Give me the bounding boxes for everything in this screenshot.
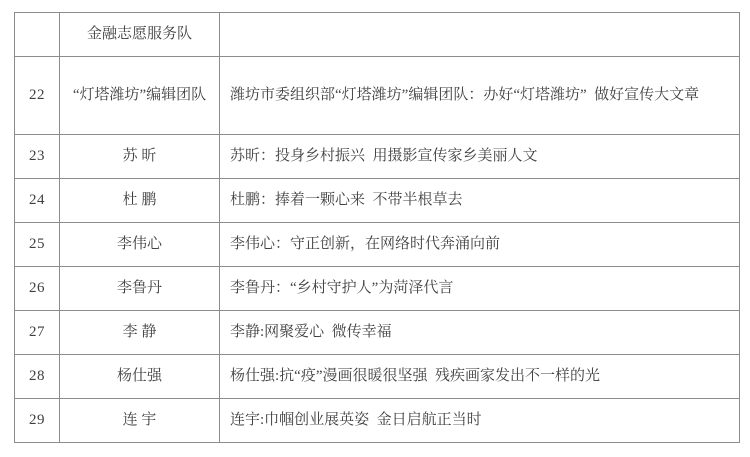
- citation-cell: 连宇:巾帼创业展英姿 金日启航正当时: [220, 399, 740, 443]
- row-number-cell: 24: [15, 179, 60, 223]
- name-cell: 李鲁丹: [60, 267, 220, 311]
- name-cell: 杜 鹏: [60, 179, 220, 223]
- name-cell: 李伟心: [60, 223, 220, 267]
- name-cell: 李 静: [60, 311, 220, 355]
- table-row: 23 苏 昕 苏昕：投身乡村振兴 用摄影宣传家乡美丽人文: [15, 135, 740, 179]
- citation-cell: 杨仕强:抗“疫”漫画很暖很坚强 残疾画家发出不一样的光: [220, 355, 740, 399]
- table-row: 29 连 宇 连宇:巾帼创业展英姿 金日启航正当时: [15, 399, 740, 443]
- row-number-cell: 25: [15, 223, 60, 267]
- name-cell: “灯塔潍坊”编辑团队: [60, 57, 220, 135]
- table-row: 26 李鲁丹 李鲁丹：“乡村守护人”为菏泽代言: [15, 267, 740, 311]
- row-number-cell: 29: [15, 399, 60, 443]
- citation-cell: 李伟心：守正创新，在网络时代奔涌向前: [220, 223, 740, 267]
- row-number-cell: 23: [15, 135, 60, 179]
- row-number-cell: 28: [15, 355, 60, 399]
- citation-cell: 李鲁丹：“乡村守护人”为菏泽代言: [220, 267, 740, 311]
- table-row: 25 李伟心 李伟心：守正创新，在网络时代奔涌向前: [15, 223, 740, 267]
- row-number-cell: 27: [15, 311, 60, 355]
- citation-cell: 苏昕：投身乡村振兴 用摄影宣传家乡美丽人文: [220, 135, 740, 179]
- row-number-cell: 22: [15, 57, 60, 135]
- citation-cell: 李静:网聚爱心 微传幸福: [220, 311, 740, 355]
- table-row: 22 “灯塔潍坊”编辑团队 潍坊市委组织部“灯塔潍坊”编辑团队：办好“灯塔潍坊”…: [15, 57, 740, 135]
- table-body: 金融志愿服务队 22 “灯塔潍坊”编辑团队 潍坊市委组织部“灯塔潍坊”编辑团队：…: [15, 13, 740, 443]
- name-cell: 连 宇: [60, 399, 220, 443]
- table-row: 金融志愿服务队: [15, 13, 740, 57]
- citation-cell: [220, 13, 740, 57]
- table-row: 28 杨仕强 杨仕强:抗“疫”漫画很暖很坚强 残疾画家发出不一样的光: [15, 355, 740, 399]
- table-row: 27 李 静 李静:网聚爱心 微传幸福: [15, 311, 740, 355]
- name-cell: 金融志愿服务队: [60, 13, 220, 57]
- row-number-cell: [15, 13, 60, 57]
- document-page: 金融志愿服务队 22 “灯塔潍坊”编辑团队 潍坊市委组织部“灯塔潍坊”编辑团队：…: [0, 0, 750, 457]
- citation-cell: 潍坊市委组织部“灯塔潍坊”编辑团队：办好“灯塔潍坊” 做好宣传大文章: [220, 57, 740, 135]
- table-row: 24 杜 鹏 杜鹏：捧着一颗心来 不带半根草去: [15, 179, 740, 223]
- name-cell: 杨仕强: [60, 355, 220, 399]
- name-cell: 苏 昕: [60, 135, 220, 179]
- award-table: 金融志愿服务队 22 “灯塔潍坊”编辑团队 潍坊市委组织部“灯塔潍坊”编辑团队：…: [14, 12, 740, 443]
- citation-cell: 杜鹏：捧着一颗心来 不带半根草去: [220, 179, 740, 223]
- row-number-cell: 26: [15, 267, 60, 311]
